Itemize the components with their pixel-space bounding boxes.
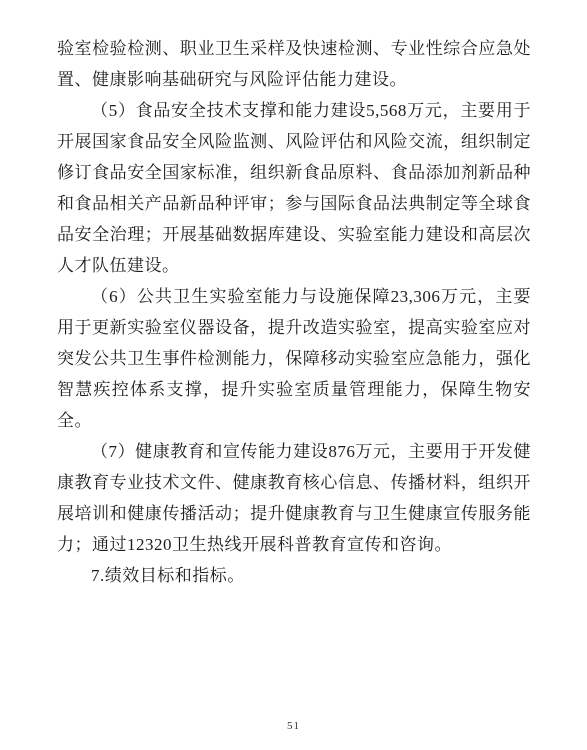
document-page: 验室检验检测、职业卫生采样及快速检测、专业性综合应急处置、健康影响基础研究与风险… (0, 0, 587, 750)
page-number: 51 (0, 720, 587, 732)
paragraph-item-7-health-education: （7）健康教育和宣传能力建设876万元，主要用于开发健康教育专业技术文件、健康教… (57, 436, 531, 560)
paragraph-continuation: 验室检验检测、职业卫生采样及快速检测、专业性综合应急处置、健康影响基础研究与风险… (57, 33, 531, 95)
paragraph-item-6-public-health-lab: （6）公共卫生实验室能力与设施保障23,306万元，主要用于更新实验室仪器设备，… (57, 281, 531, 436)
document-body: 验室检验检测、职业卫生采样及快速检测、专业性综合应急处置、健康影响基础研究与风险… (57, 33, 531, 591)
paragraph-item-5-food-safety: （5）食品安全技术支撑和能力建设5,568万元，主要用于开展国家食品安全风险监测… (57, 95, 531, 281)
paragraph-section-7-performance-targets: 7.绩效目标和指标。 (57, 560, 531, 591)
